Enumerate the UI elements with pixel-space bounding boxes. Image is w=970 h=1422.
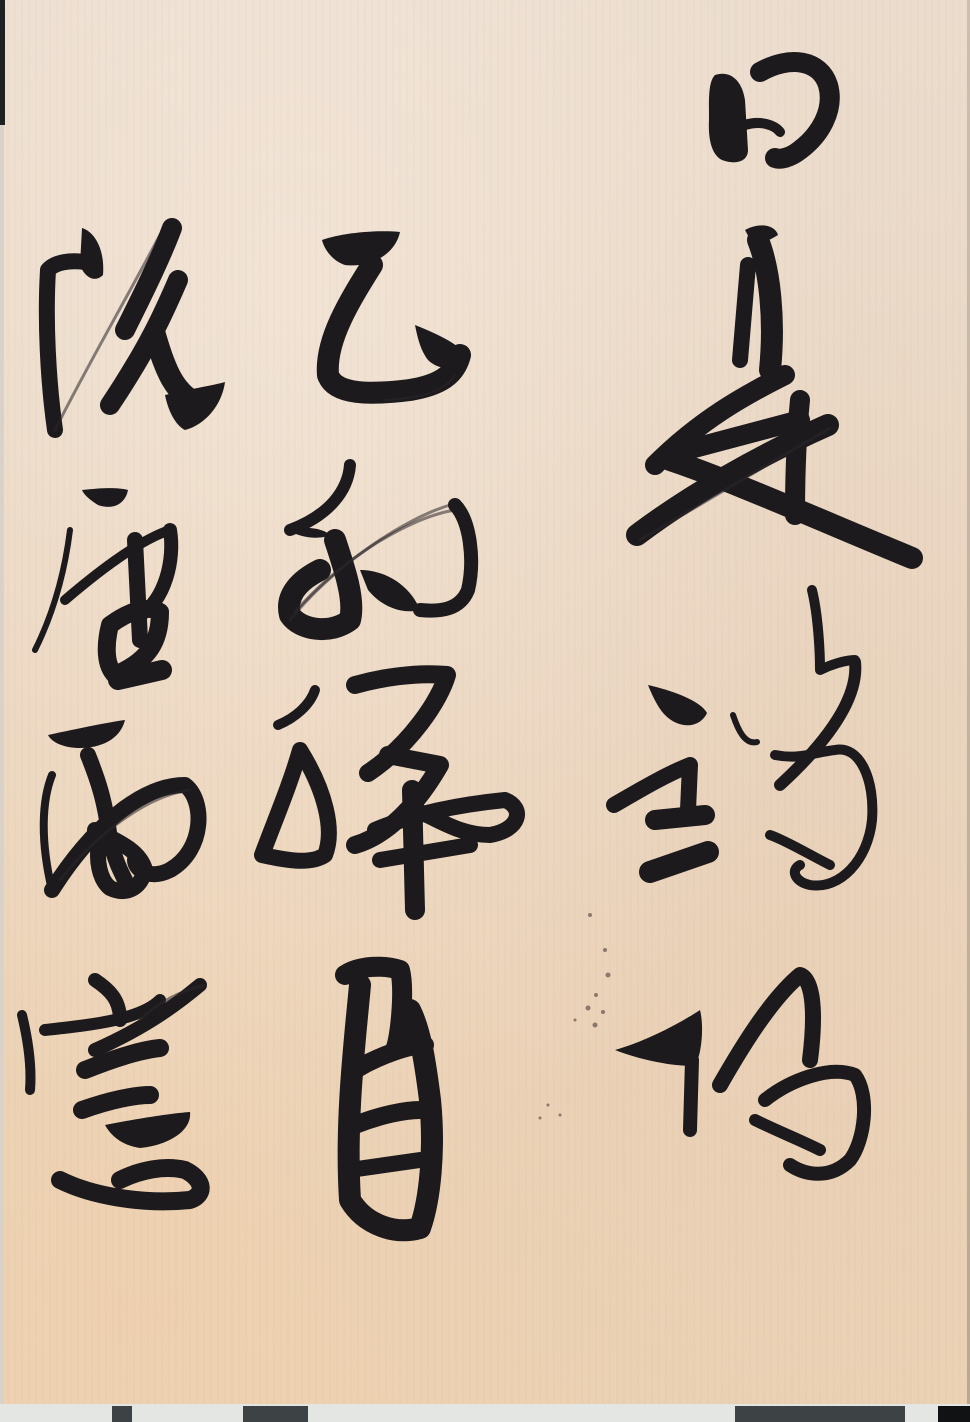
glyph-he [615,975,864,1174]
bottom-mount-strip [0,1404,970,1422]
glyph-seng [35,488,171,680]
mount-tab [112,1406,132,1422]
mount-tab [243,1406,308,1422]
glyph-zi [345,967,432,1230]
glyph-yu [44,720,199,891]
calligraphy-page [0,0,970,1422]
mount-tab [938,1406,970,1422]
calligraphy-strokes [0,0,970,1404]
glyph-yi [322,231,465,400]
mount-tab [735,1406,905,1422]
glyph-ze [262,674,517,910]
glyph-chen [47,228,225,430]
glyph-zhi [288,465,471,629]
glyph-kou [709,62,830,162]
glyph-shi [637,225,912,558]
column-left [22,228,225,1201]
paper-foxing [539,913,611,1120]
glyph-qing [614,590,872,886]
glyph-yuan [22,980,205,1201]
column-right [614,62,912,1174]
column-middle [262,231,517,1230]
